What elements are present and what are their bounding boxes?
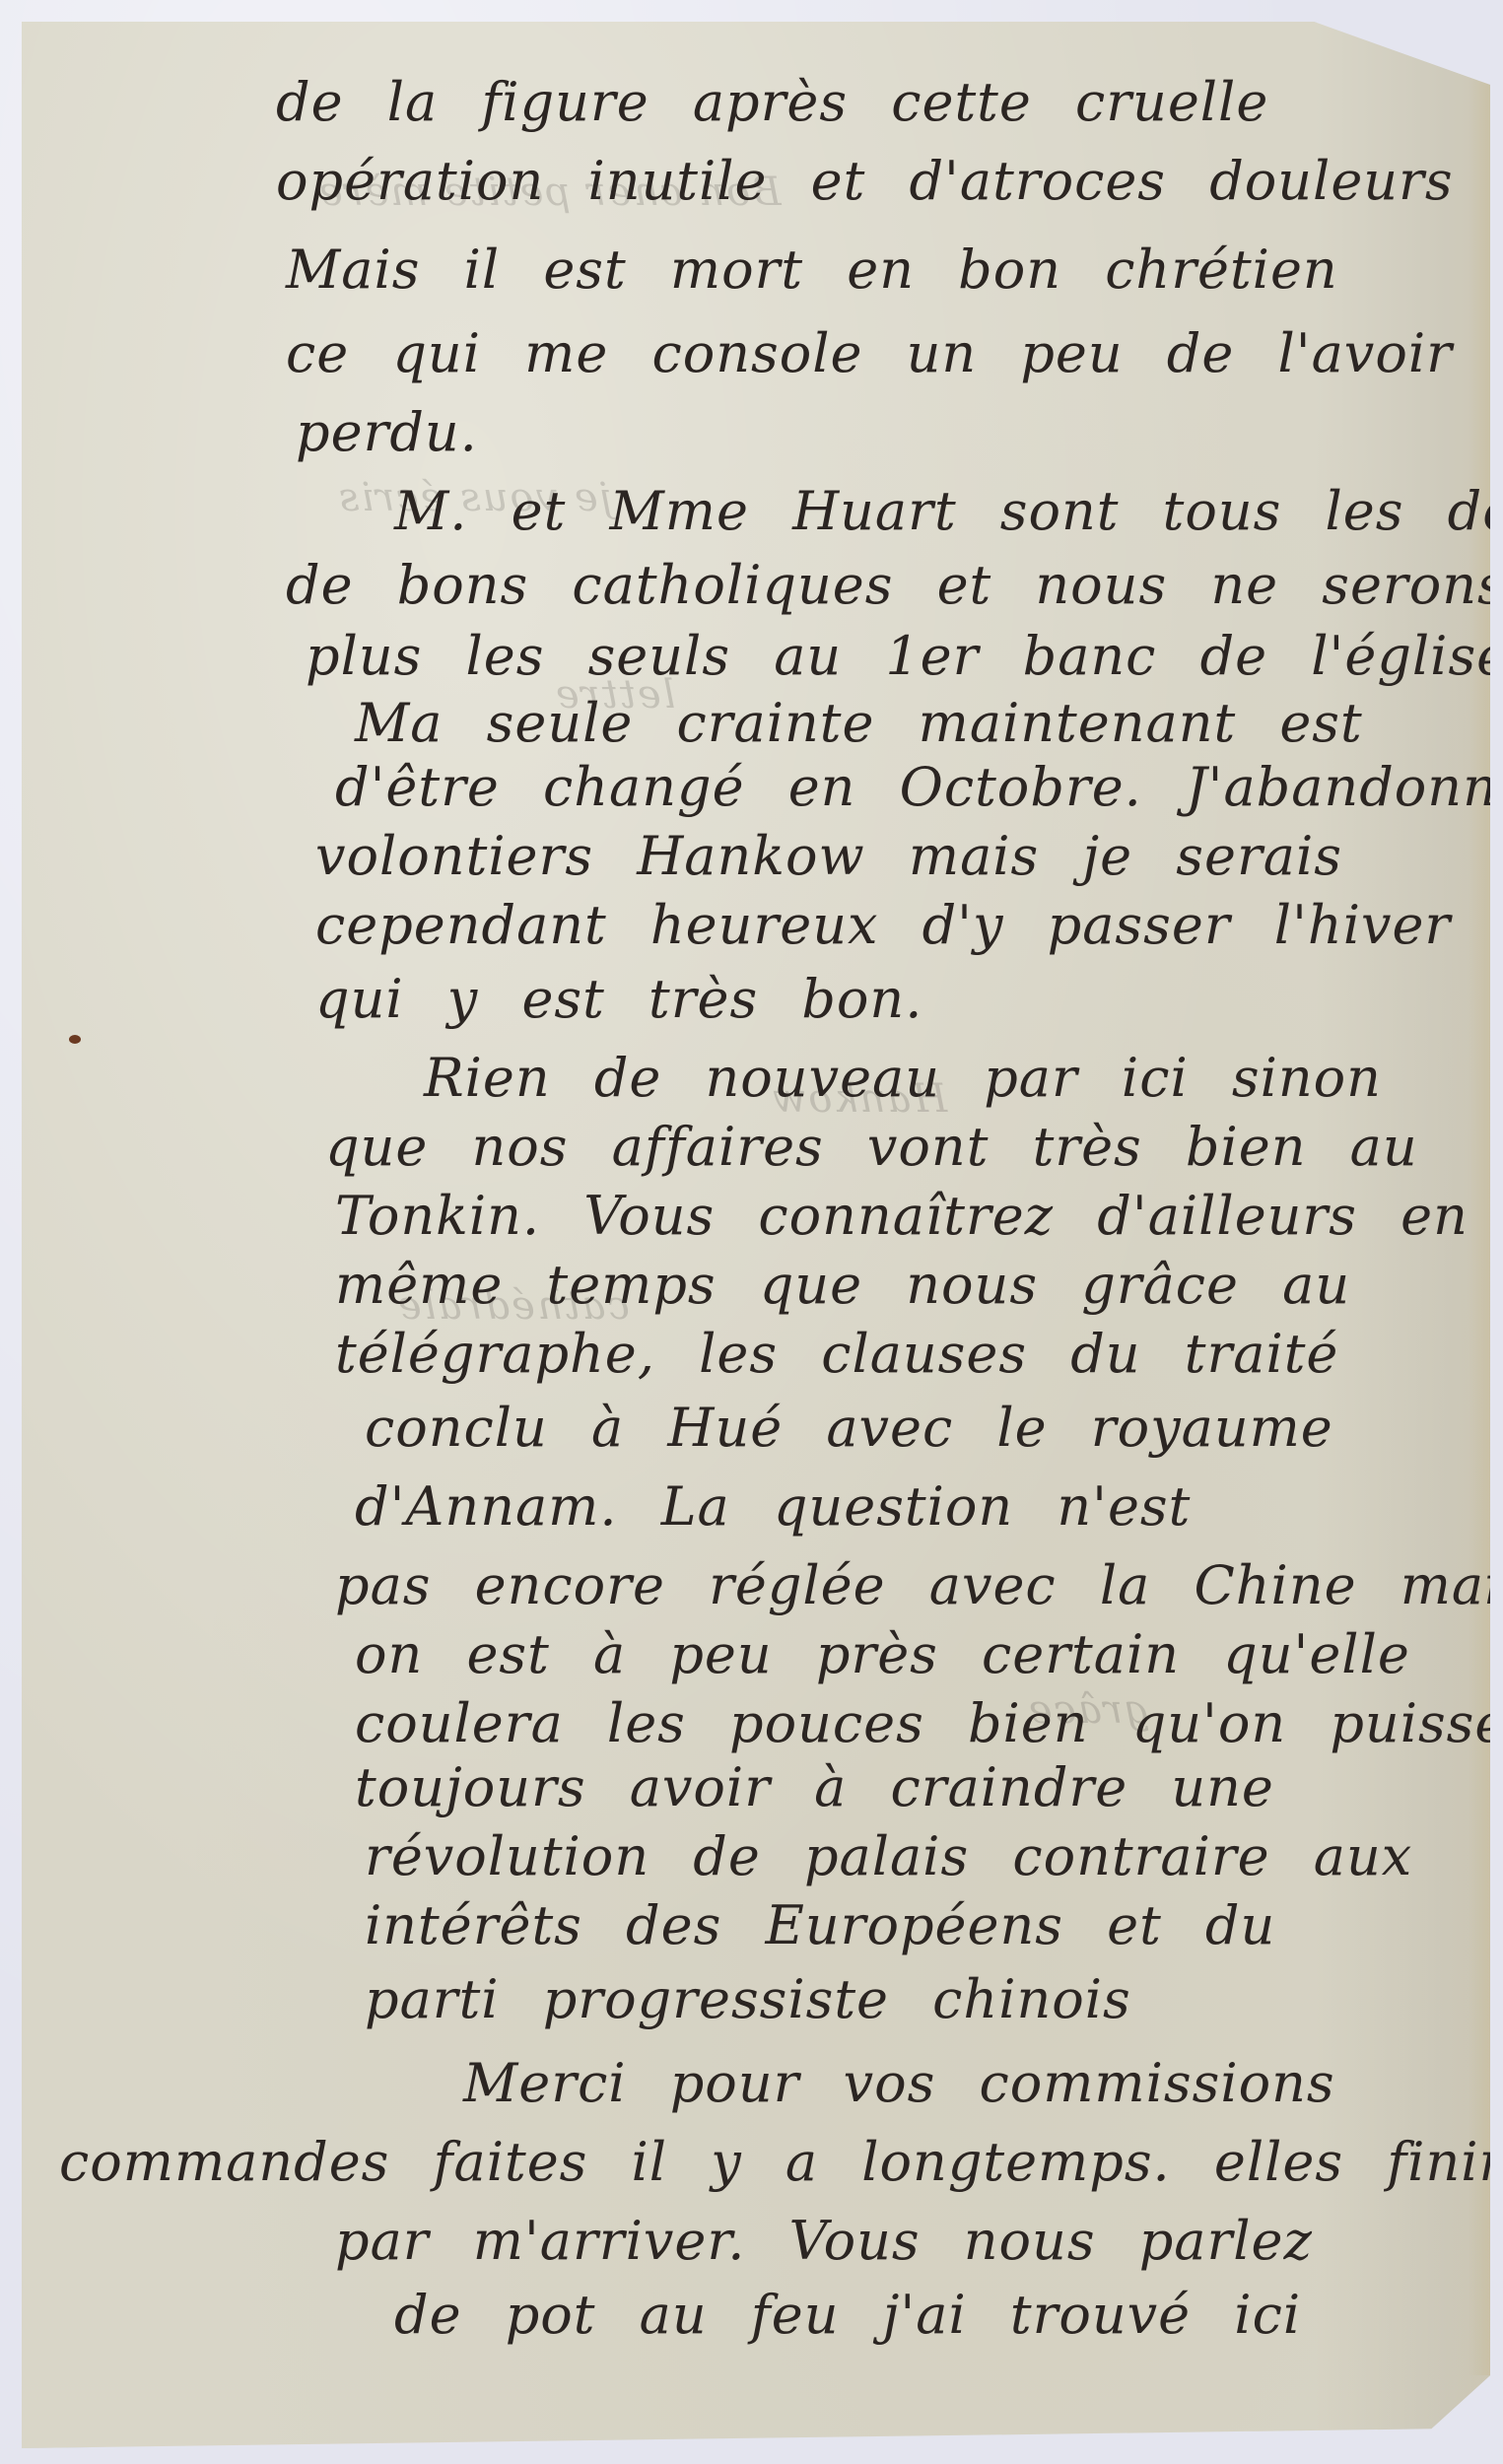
- letter-line: parti progressiste chinois: [365, 1968, 1131, 2030]
- letter-line: toujours avoir à craindre une: [355, 1756, 1274, 1818]
- letter-line: de bons catholiques et nous ne serons: [286, 554, 1503, 616]
- letter-body: de la figure après cette cruelle opérati…: [22, 22, 1490, 2448]
- letter-line: intérêts des Européens et du: [365, 1894, 1275, 1956]
- letter-line: ce qui me console un peu de l'avoir: [286, 322, 1453, 384]
- letter-line: volontiers Hankow mais je serais: [315, 825, 1342, 887]
- letter-page: Bon cher petite mère je vous écris Hanko…: [22, 22, 1490, 2448]
- letter-line: M. et Mme Huart sont tous les deux: [394, 480, 1503, 542]
- letter-line: par m'arriver. Vous nous parlez: [335, 2210, 1313, 2272]
- letter-line: Rien de nouveau par ici sinon: [424, 1047, 1382, 1109]
- letter-line: télégraphe, les clauses du traité: [335, 1323, 1338, 1385]
- letter-line: que nos affaires vont très bien au: [325, 1116, 1418, 1178]
- letter-line: pas encore réglée avec la Chine mais: [335, 1554, 1503, 1616]
- letter-line: d'être changé en Octobre. J'abandonnerai…: [335, 756, 1503, 818]
- letter-line: révolution de palais contraire aux: [365, 1825, 1412, 1887]
- letter-line: commandes faites il y a longtemps. elles…: [59, 2131, 1503, 2193]
- letter-line: plus les seuls au 1er banc de l'église.: [306, 625, 1503, 687]
- letter-line: qui y est très bon.: [315, 968, 922, 1030]
- letter-line: on est à peu près certain qu'elle: [355, 1623, 1410, 1685]
- letter-line: de la figure après cette cruelle: [276, 71, 1268, 133]
- letter-line: Tonkin. Vous connaîtrez d'ailleurs en: [335, 1185, 1469, 1247]
- letter-line: coulera les pouces bien qu'on puisse: [355, 1692, 1503, 1754]
- letter-line: perdu.: [296, 401, 478, 463]
- letter-line: opération inutile et d'atroces douleurs: [276, 150, 1454, 212]
- letter-line: de pot au feu j'ai trouvé ici: [394, 2284, 1301, 2346]
- letter-line: Ma seule crainte maintenant est: [355, 692, 1363, 754]
- letter-line: Merci pour vos commissions: [463, 2052, 1335, 2114]
- letter-line: d'Annam. La question n'est: [355, 1475, 1191, 1538]
- letter-line: cependant heureux d'y passer l'hiver: [315, 894, 1451, 956]
- letter-line: Mais il est mort en bon chrétien: [286, 239, 1338, 301]
- letter-line: même temps que nous grâce au: [335, 1254, 1350, 1316]
- letter-line: conclu à Hué avec le royaume: [365, 1397, 1333, 1459]
